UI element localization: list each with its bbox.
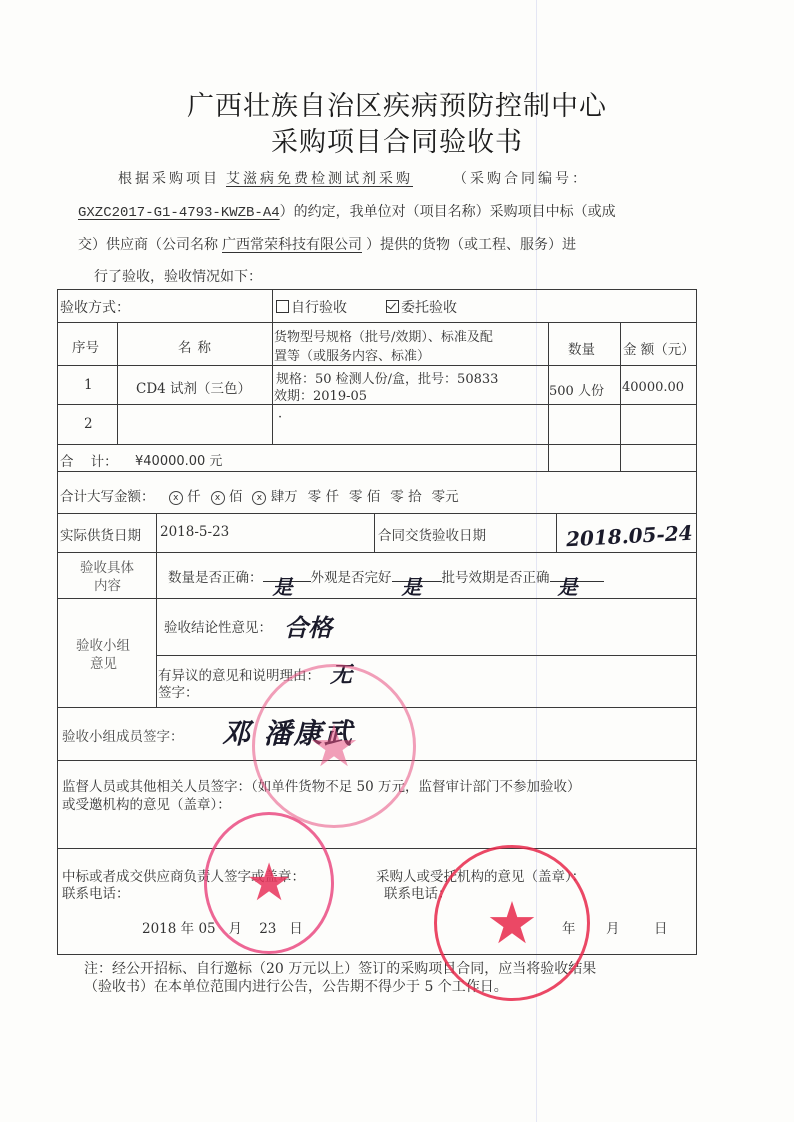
row1-spec-line2: 效期：2019-05 [274, 385, 367, 404]
total-words-unit: 零 仟 [308, 489, 339, 505]
col-header-spec-line2: 置等（或服务内容、标准） [274, 345, 430, 364]
crossed-circle-icon: x [211, 491, 225, 505]
col-divider [556, 513, 557, 552]
col-divider [374, 513, 375, 552]
purchaser-day-unit: 日 [654, 917, 668, 937]
row-divider [57, 444, 697, 445]
content-label-line1: 验收具体 [80, 556, 134, 576]
supplier-phone-label: 联系电话： [62, 882, 130, 902]
supplier-name: 广西常荣科技有限公司 [218, 237, 366, 253]
total-words-unit: x 肆万 [252, 489, 297, 505]
col-divider [156, 513, 157, 707]
actual-delivery-label: 实际供货日期 [60, 524, 141, 544]
acceptance-method-label: 验收方式： [60, 297, 130, 317]
content-check-row: 数量是否正确：是外观是否完好是批号效期是否正确是 [168, 566, 604, 586]
supplier-date: 2018 年 05 月 23 日 [142, 917, 303, 937]
document-title-organization: 广西壮族自治区疾病预防控制中心 [0, 84, 794, 123]
col-divider [620, 322, 621, 471]
row-divider [57, 760, 697, 761]
row2-seq: 2 [84, 416, 93, 432]
check-appearance-handwritten: 是 [402, 571, 422, 600]
check-batch-handwritten: 是 [558, 571, 578, 600]
intro-p3-prefix: 交）供应商（公司名称 [78, 237, 218, 253]
members-sign-label: 验收小组成员签字： [62, 725, 184, 745]
col-header-seq: 序号 [72, 336, 99, 356]
row-divider [57, 707, 697, 708]
intro-paragraph-line3: 交）供应商（公司名称广西常荣科技有限公司）提供的货物（或工程、服务）进 [78, 234, 698, 254]
row1-name: CD4 试剂（三色） [136, 377, 251, 397]
row1-qty: 500 人份 [549, 380, 604, 399]
total-words-unit: 零 佰 [349, 489, 380, 505]
acceptance-method-entrusted[interactable]: 委托验收 [386, 297, 457, 317]
intro-p2-suffix: ）的约定，我单位对（项目名称）采购项目中标（或成 [280, 204, 616, 220]
group-label-line2: 意见 [90, 652, 117, 672]
acceptance-method-self[interactable]: 自行验收 [276, 297, 347, 317]
total-value: ¥40000.00 元 [135, 450, 222, 469]
row-divider [57, 365, 697, 366]
group-label-line1: 验收小组 [76, 634, 130, 654]
checkbox-entrusted-acceptance[interactable] [386, 300, 399, 313]
row-divider [57, 598, 697, 599]
purchaser-year-unit: 年 [562, 917, 576, 937]
members-signature-handwritten: 邓 潘康武 [222, 712, 354, 752]
row-divider [57, 848, 697, 849]
col-divider [117, 322, 118, 444]
note-line2: （验收书）在本单位范围内进行公告，公告期不得少于 5 个工作日。 [84, 976, 508, 996]
contract-number: GXZC2017-G1-4793-KWZB-A4 [78, 205, 280, 221]
checkbox-self-acceptance[interactable] [276, 300, 289, 313]
total-words-row: 合计大写金额： x 仟x 佰x 肆万零 仟零 佰零 拾零元 [60, 485, 459, 505]
crossed-circle-icon: x [252, 491, 266, 505]
row-divider [57, 471, 697, 472]
intro-p3-suffix: ）提供的货物（或工程、服务）进 [366, 237, 576, 253]
check-qty-handwritten: 是 [273, 571, 293, 600]
col-header-qty: 数量 [568, 338, 595, 358]
total-words: x 仟x 佰x 肆万零 仟零 佰零 拾零元 [159, 489, 459, 505]
conclusion-handwritten: 合格 [284, 608, 332, 643]
col-divider [272, 289, 273, 444]
document-title: 采购项目合同验收书 [0, 120, 794, 159]
row1-amount: 40000.00 [622, 380, 684, 395]
total-words-unit: 零元 [432, 489, 459, 505]
actual-delivery-date: 2018-5-23 [160, 524, 229, 540]
supervisor-line1: 监督人员或其他相关人员签字：（如单件货物不足 50 万元，监督审计部门不参加验收… [62, 775, 581, 795]
row-divider [57, 322, 697, 323]
crossed-circle-icon: x [169, 491, 183, 505]
row1-seq: 1 [84, 377, 93, 393]
content-label-line2: 内容 [94, 574, 121, 594]
conclusion-label: 验收结论性意见： [164, 616, 272, 636]
intro-p1-suffix: （采购合同编号： [453, 171, 589, 187]
total-label: 合 计： [60, 450, 118, 470]
note-line1: 注：经公开招标、自行邀标（20 万元以上）签订的采购项目合同，应当将验收结果 [84, 958, 596, 978]
objection-handwritten: 无 [330, 658, 352, 689]
intro-paragraph-line4: 行了验收，验收情况如下： [94, 266, 714, 286]
project-name: 艾滋病免费检测试剂采购 [220, 171, 453, 187]
row-divider [57, 404, 697, 405]
intro-paragraph-line1: 根据采购项目艾滋病免费检测试剂采购（采购合同编号： [118, 168, 738, 188]
purchaser-month-unit: 月 [606, 917, 620, 937]
contract-acceptance-label: 合同交货验收日期 [378, 524, 486, 544]
intro-paragraph-line2: GXZC2017-G1-4793-KWZB-A4）的约定，我单位对（项目名称）采… [78, 201, 698, 221]
total-words-unit: x 仟 [169, 489, 201, 505]
intro-p1-prefix: 根据采购项目 [118, 171, 220, 187]
col-header-name: 名称 [178, 336, 217, 356]
supervisor-line2: 或受邀机构的意见（盖章）： [62, 793, 231, 813]
col-header-amount: 金 额（元） [623, 338, 695, 358]
objection-sign-label: 签字： [158, 681, 199, 701]
row-divider [57, 552, 697, 553]
total-words-unit: 零 拾 [390, 489, 421, 505]
total-words-unit: x 佰 [211, 489, 243, 505]
col-header-spec-line1: 货物型号规格（批号/效期）、标准及配 [274, 326, 493, 345]
row-divider [57, 513, 697, 514]
purchaser-phone-label: 联系电话： [384, 882, 452, 902]
row-divider [157, 655, 697, 656]
row2-spec: · [278, 410, 282, 425]
